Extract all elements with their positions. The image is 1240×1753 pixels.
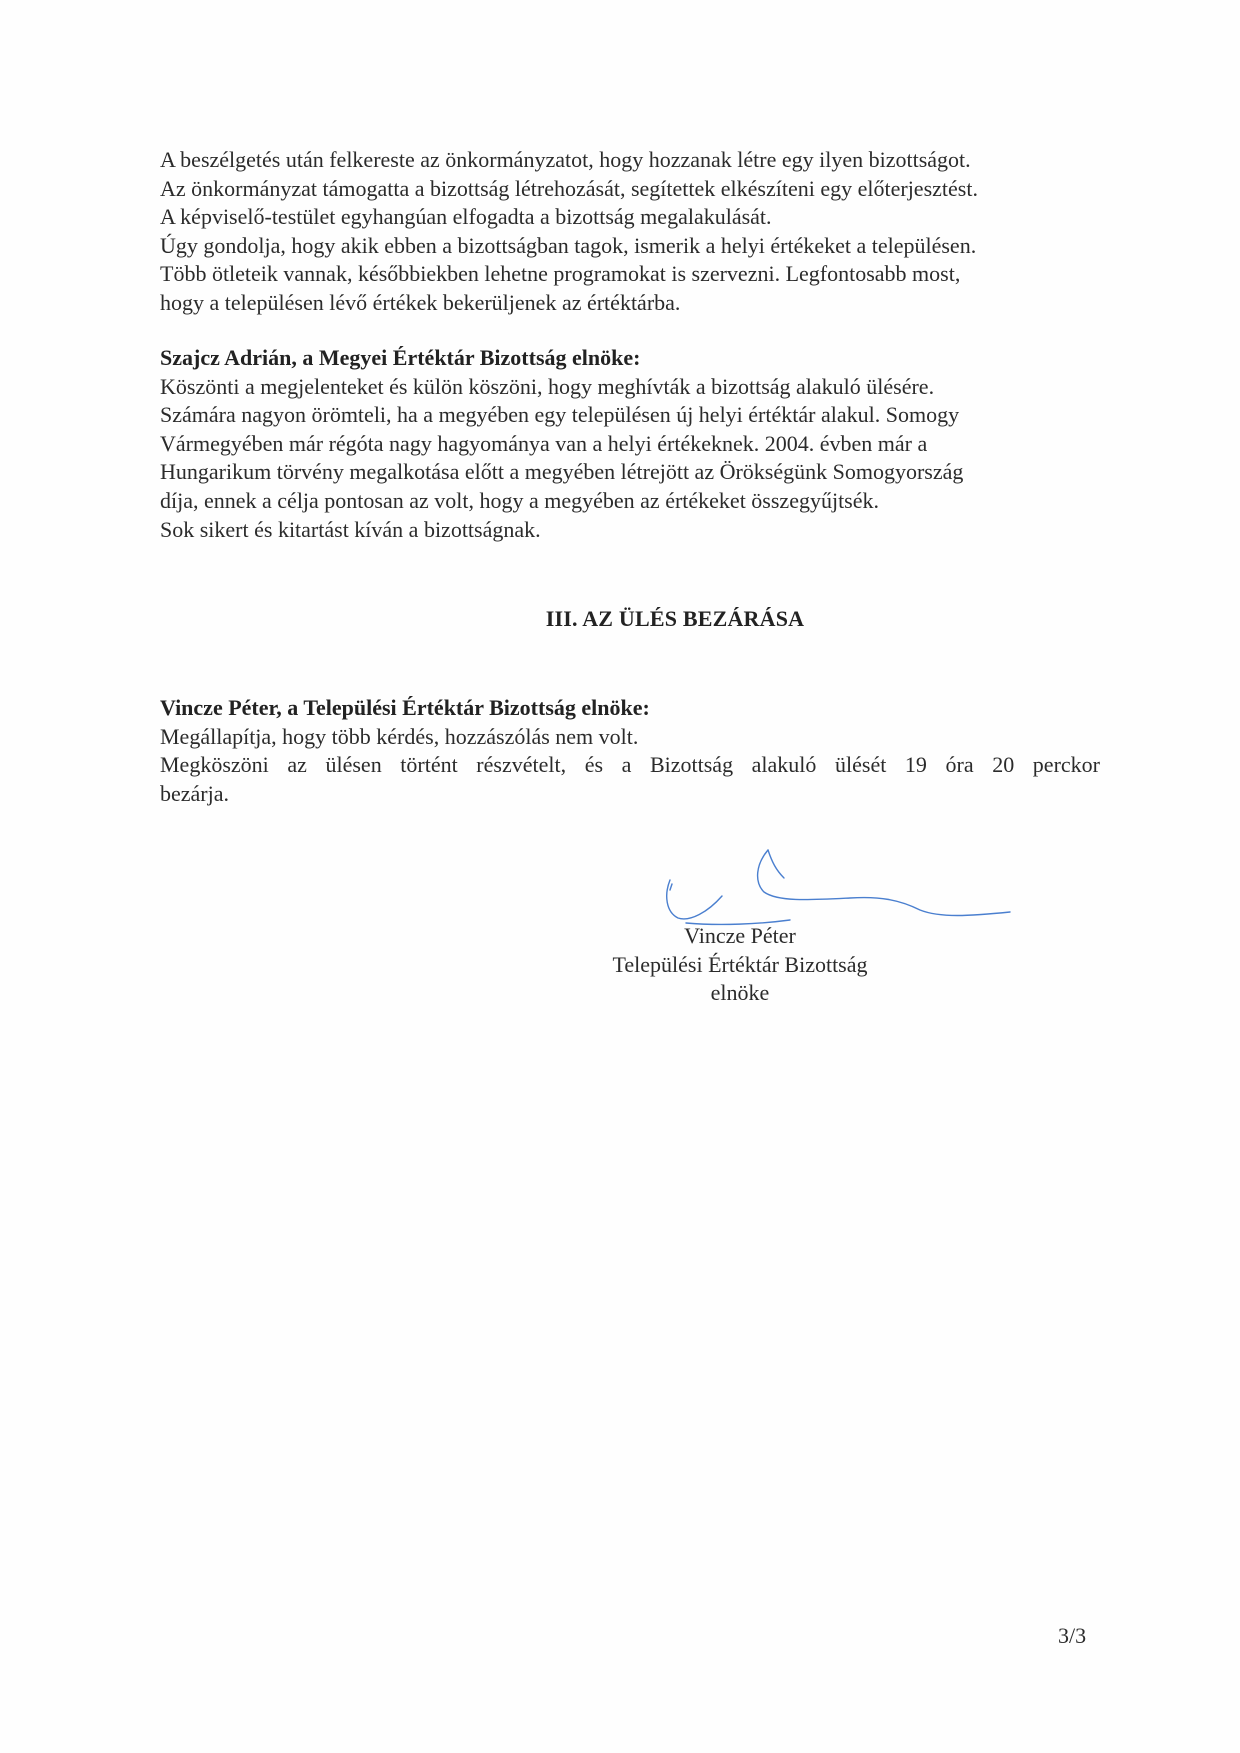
page-number: 3/3 bbox=[1058, 1623, 1086, 1649]
speaker-section-vincze: Vincze Péter, a Települési Értéktár Bizo… bbox=[160, 694, 1100, 808]
signatory-title: Települési Értéktár Bizottság bbox=[560, 951, 920, 980]
text-line: bezárja. bbox=[160, 780, 1100, 809]
text-line: A képviselő-testület egyhangúan elfogadt… bbox=[160, 203, 1100, 232]
section-heading: III. AZ ÜLÉS BEZÁRÁSA bbox=[0, 606, 1240, 632]
text-line: Sok sikert és kitartást kíván a bizottsá… bbox=[160, 516, 1100, 545]
signature-block: Vincze Péter Települési Értéktár Bizotts… bbox=[560, 922, 920, 1008]
text-line: Hungarikum törvény megalkotása előtt a m… bbox=[160, 458, 1100, 487]
speaker-name: Szajcz Adrián, a Megyei Értéktár Bizotts… bbox=[160, 344, 1100, 373]
speaker-name: Vincze Péter, a Települési Értéktár Bizo… bbox=[160, 694, 1100, 723]
signatory-role: elnöke bbox=[560, 979, 920, 1008]
document-page: A beszélgetés után felkereste az önkormá… bbox=[0, 0, 1240, 1753]
speaker-section-szajcz: Szajcz Adrián, a Megyei Értéktár Bizotts… bbox=[160, 344, 1100, 544]
paragraph-intro: A beszélgetés után felkereste az önkormá… bbox=[160, 146, 1100, 318]
text-line: Úgy gondolja, hogy akik ebben a bizottsá… bbox=[160, 232, 1100, 261]
text-line: Megköszöni az ülésen történt részvételt,… bbox=[160, 751, 1100, 780]
text-line: Megállapítja, hogy több kérdés, hozzászó… bbox=[160, 723, 1100, 752]
text-line: Vármegyében már régóta nagy hagyománya v… bbox=[160, 430, 1100, 459]
text-line: díja, ennek a célja pontosan az volt, ho… bbox=[160, 487, 1100, 516]
text-line: Köszönti a megjelenteket és külön köszön… bbox=[160, 373, 1100, 402]
text-line: Számára nagyon örömteli, ha a megyében e… bbox=[160, 401, 1100, 430]
text-line: A beszélgetés után felkereste az önkormá… bbox=[160, 146, 1100, 175]
signatory-name: Vincze Péter bbox=[560, 922, 920, 951]
text-line: Több ötleteik vannak, későbbiekben lehet… bbox=[160, 260, 1100, 289]
text-line: hogy a településen lévő értékek bekerülj… bbox=[160, 289, 1100, 318]
text-line: Az önkormányzat támogatta a bizottság lé… bbox=[160, 175, 1100, 204]
